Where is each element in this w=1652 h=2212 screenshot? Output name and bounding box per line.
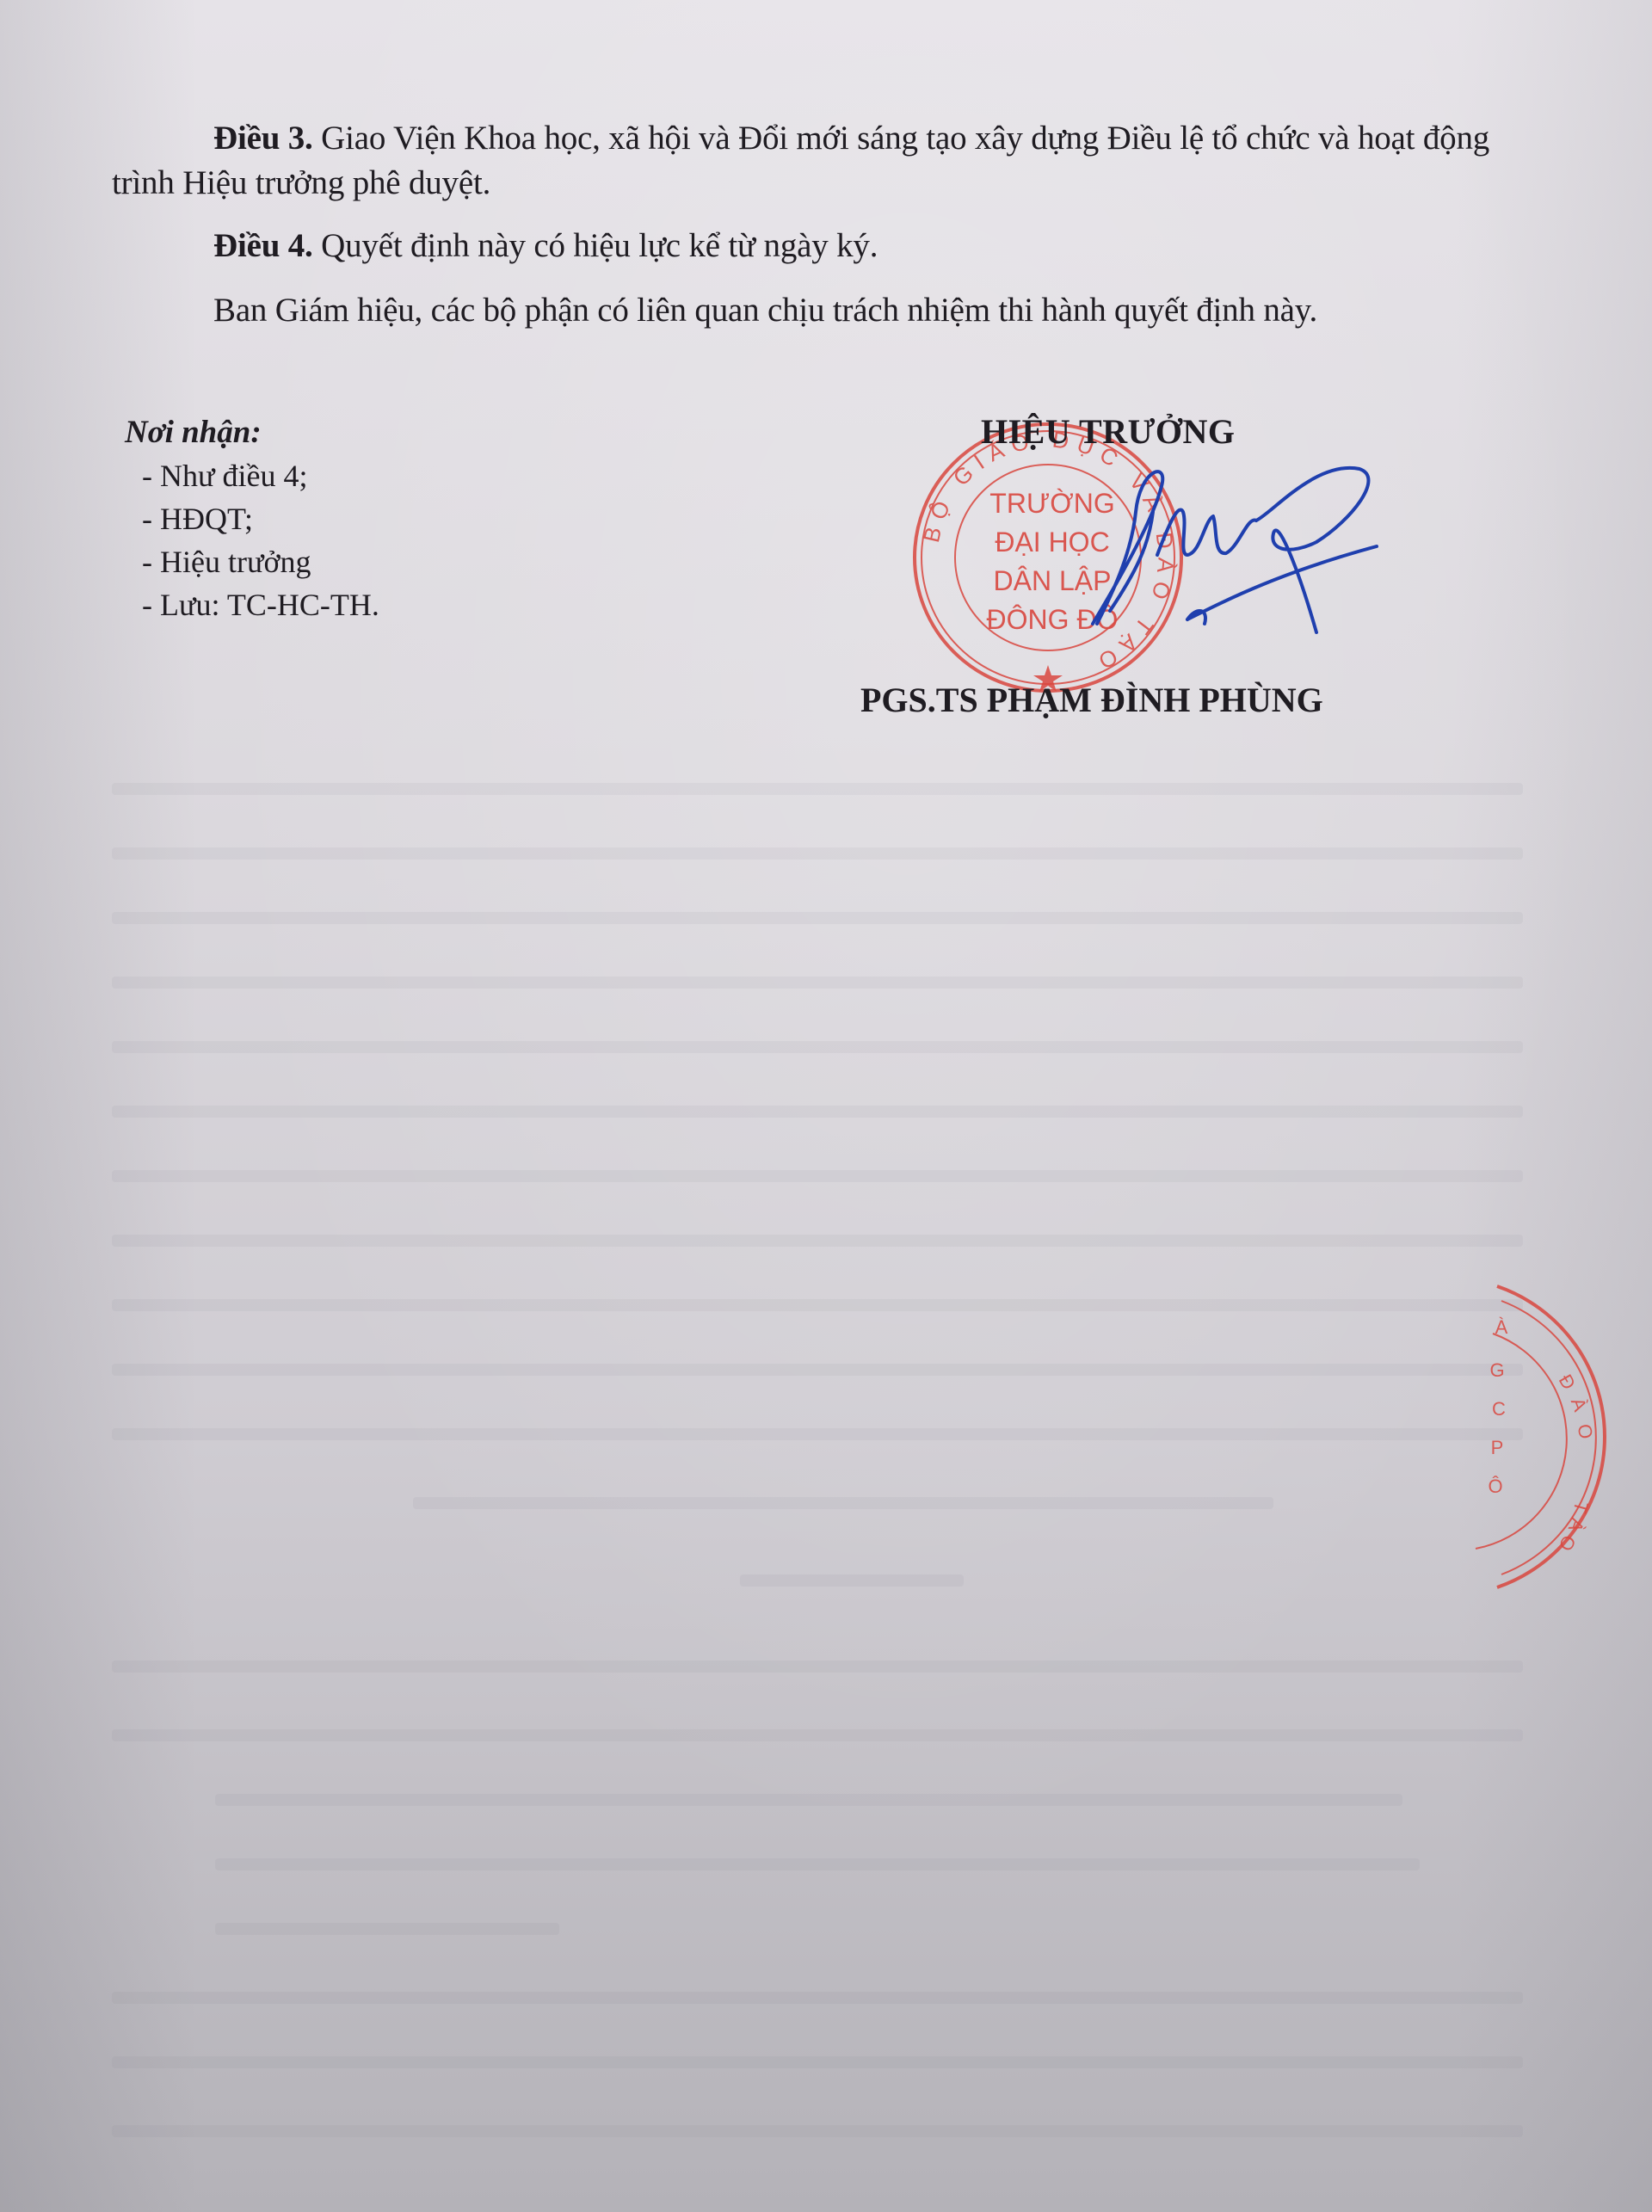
svg-text:C: C bbox=[1492, 1398, 1506, 1420]
article-4-text: Quyết định này có hiệu lực kể từ ngày ký… bbox=[313, 227, 878, 264]
recipient-item: - Lưu: TC-HC-TH. bbox=[142, 583, 379, 626]
signer-name: PGS.TS PHẠM ĐÌNH PHÙNG bbox=[860, 680, 1323, 720]
partial-seal-icon: Đ À O T À O À G C P Ô bbox=[1445, 1265, 1652, 1609]
svg-text:P: P bbox=[1491, 1437, 1504, 1458]
article-3-label: Điều 3. bbox=[213, 120, 313, 157]
article-4-label: Điều 4. bbox=[213, 227, 313, 264]
handwritten-signature-icon bbox=[1058, 452, 1402, 650]
article-3-text: Giao Viện Khoa học, xã hội và Đổi mới sá… bbox=[112, 120, 1489, 201]
svg-text:À: À bbox=[1564, 1515, 1589, 1535]
svg-text:Ô: Ô bbox=[1488, 1476, 1502, 1497]
recipients-block: Nơi nhận: - Như điều 4; - HĐQT; - Hiệu t… bbox=[125, 411, 379, 626]
svg-text:Đ: Đ bbox=[1555, 1371, 1581, 1393]
svg-text:À: À bbox=[1495, 1316, 1508, 1338]
recipient-item: - Như điều 4; bbox=[142, 454, 379, 497]
recipient-item: - Hiệu trưởng bbox=[142, 540, 379, 583]
article-3: Điều 3. Giao Viện Khoa học, xã hội và Đổ… bbox=[112, 116, 1523, 206]
svg-text:T: T bbox=[1569, 1499, 1593, 1515]
recipients-list: - Như điều 4; - HĐQT; - Hiệu trưởng - Lư… bbox=[125, 454, 379, 626]
svg-text:G: G bbox=[1489, 1359, 1504, 1381]
article-4: Điều 4. Quyết định này có hiệu lực kể từ… bbox=[213, 224, 878, 268]
recipients-title: Nơi nhận: bbox=[125, 411, 379, 454]
signer-title: HIỆU TRƯỞNG bbox=[981, 411, 1236, 452]
recipient-item: - HĐQT; bbox=[142, 497, 379, 540]
svg-text:O: O bbox=[1574, 1422, 1598, 1440]
closing-paragraph: Ban Giám hiệu, các bộ phận có liên quan … bbox=[213, 288, 1317, 333]
svg-text:À: À bbox=[1567, 1395, 1592, 1414]
